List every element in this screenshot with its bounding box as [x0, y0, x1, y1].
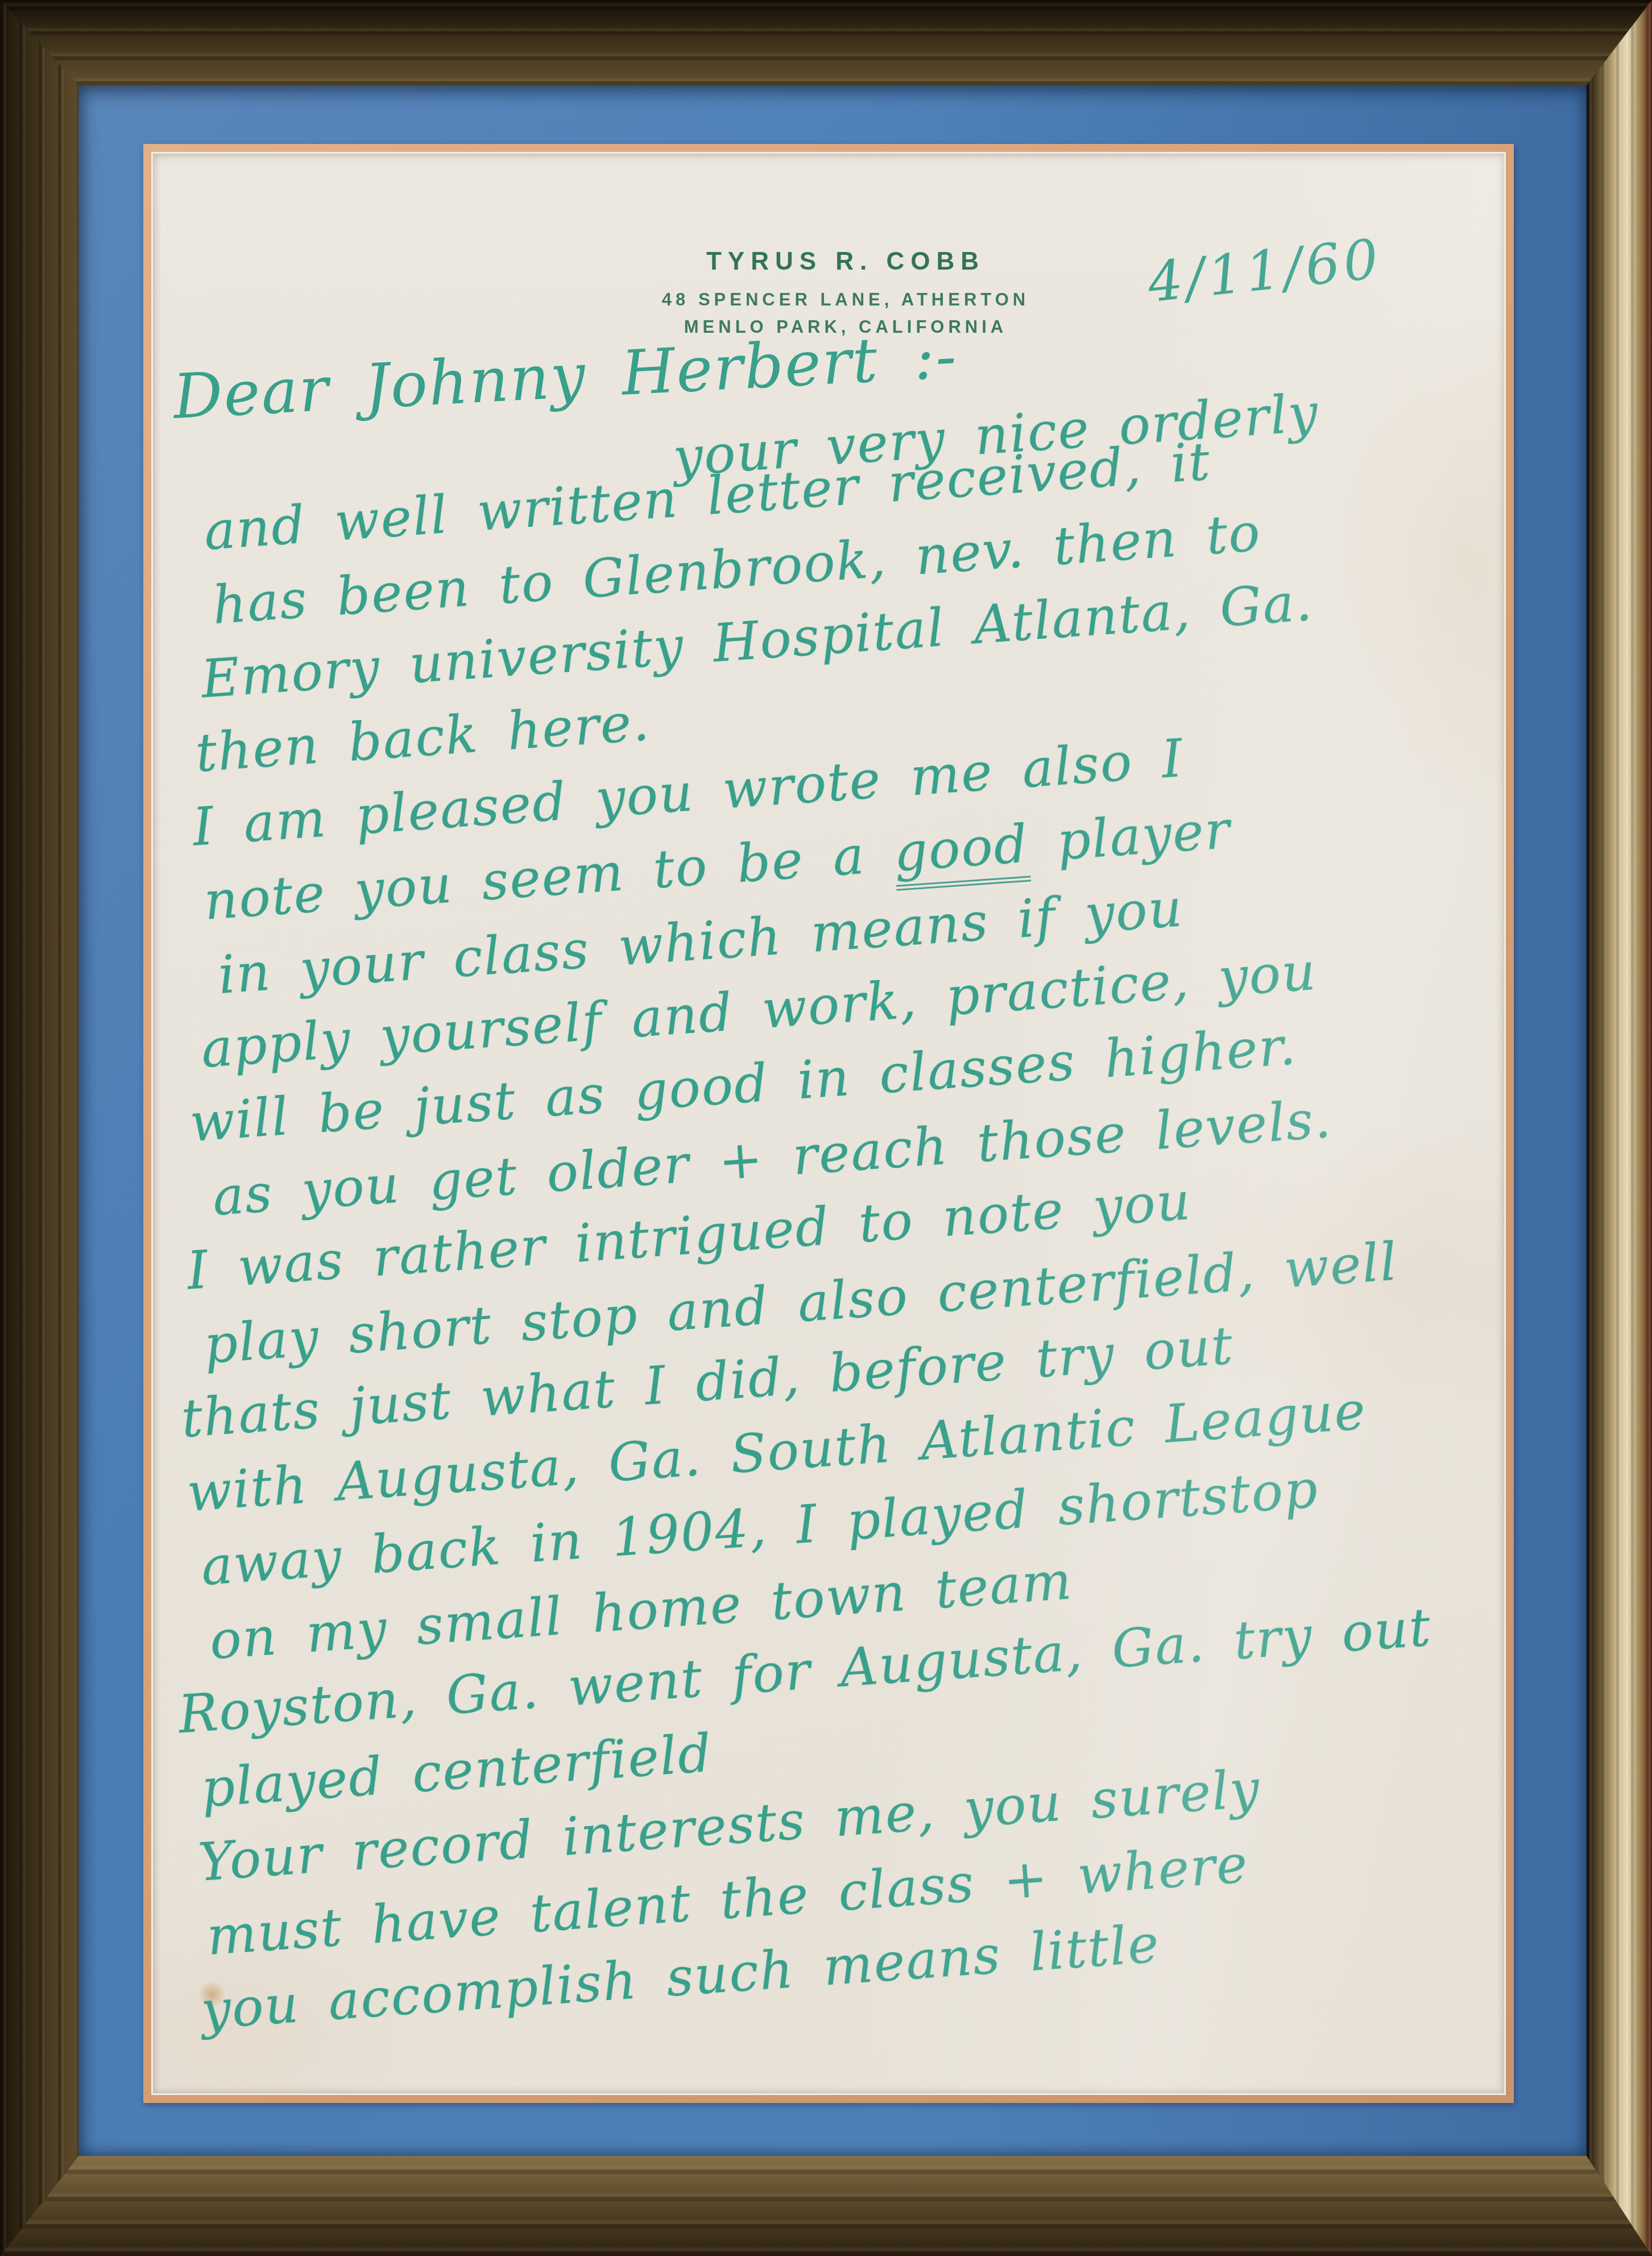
frame-bottom	[0, 2156, 1652, 2256]
inner-mat-border: TYRUS R. COBB 48 SPENCER LANE, ATHERTON …	[143, 144, 1514, 2103]
frame-right	[1587, 0, 1652, 2256]
letter-body: your very nice orderlyand well written l…	[173, 421, 1498, 2048]
frame-top	[0, 0, 1652, 85]
emphasized-word: good	[892, 813, 1030, 891]
letter-paper: TYRUS R. COBB 48 SPENCER LANE, ATHERTON …	[151, 152, 1506, 2095]
letterhead-address-1: 48 SPENCER LANE, ATHERTON	[662, 286, 1029, 313]
letterhead-name: TYRUS R. COBB	[662, 247, 1029, 276]
frame-left	[0, 0, 78, 2256]
framed-letter-photo: TYRUS R. COBB 48 SPENCER LANE, ATHERTON …	[0, 0, 1652, 2256]
mat-board: TYRUS R. COBB 48 SPENCER LANE, ATHERTON …	[78, 85, 1587, 2156]
letter-date: 4/11/60	[1145, 227, 1385, 315]
